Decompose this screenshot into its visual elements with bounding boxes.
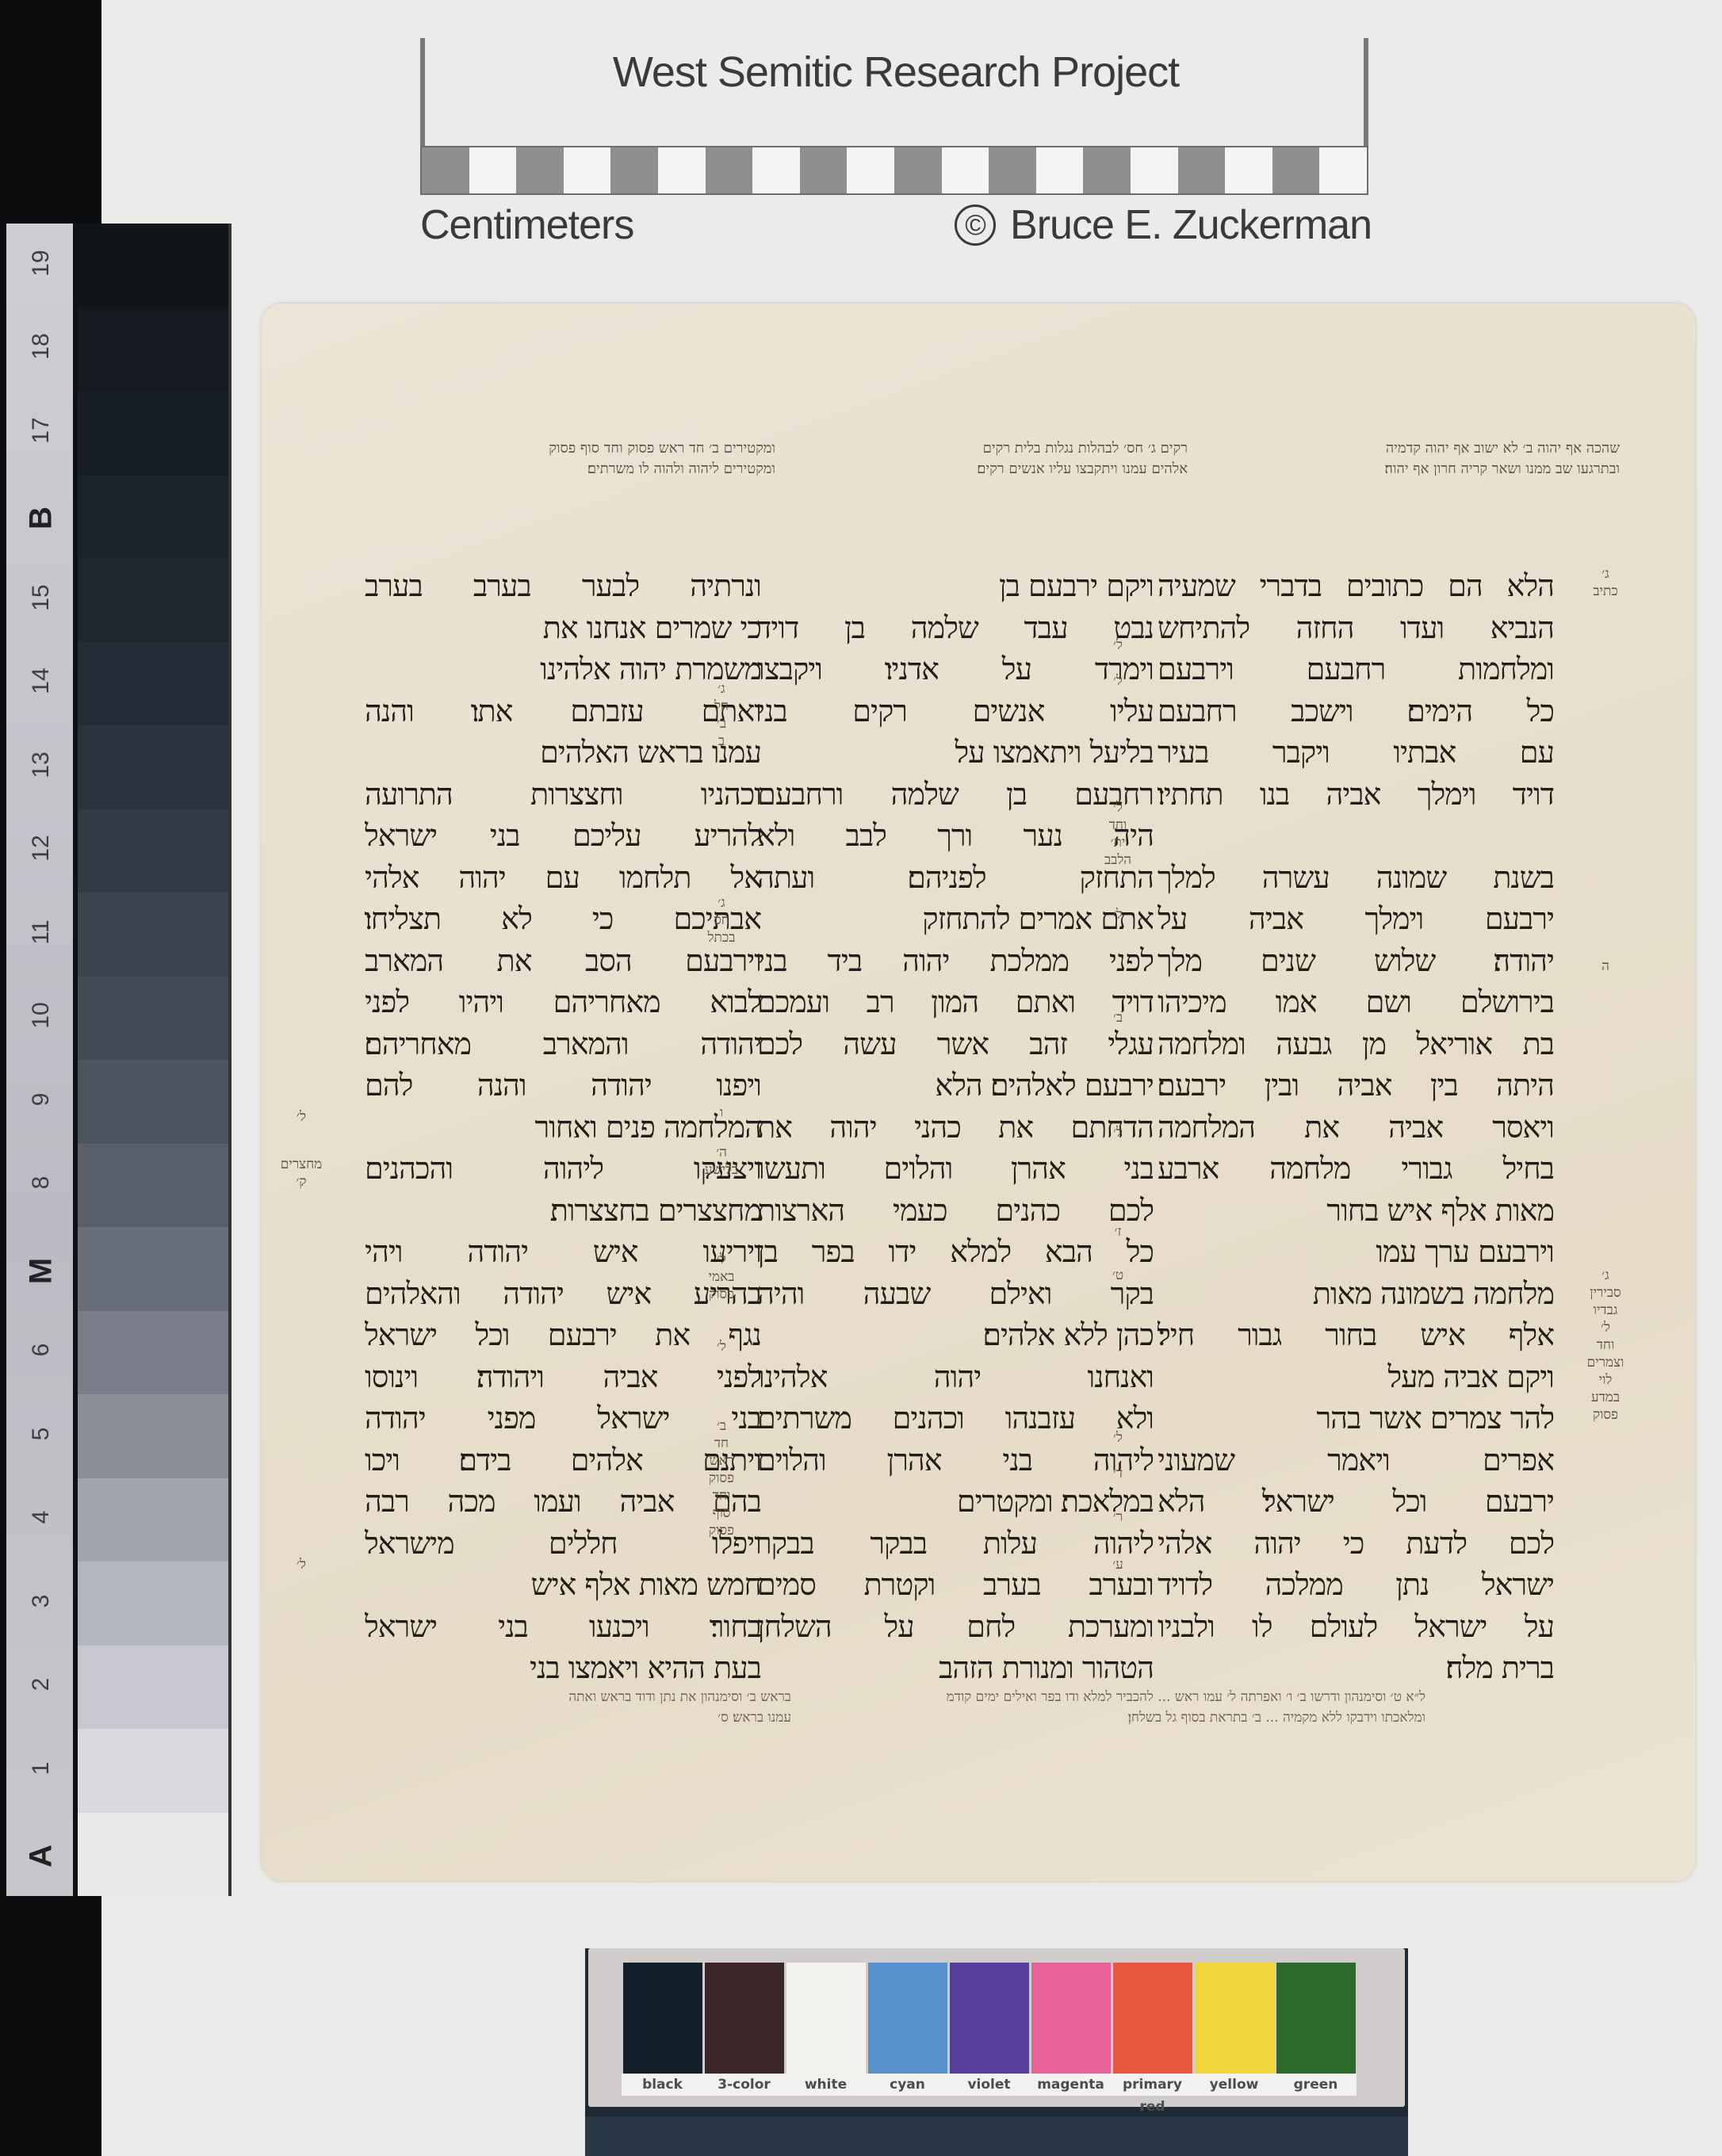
masorah-margin-note: ל׳	[277, 1108, 325, 1126]
swatch-label: yellow	[1193, 2074, 1275, 2096]
masorah-margin-note: ג׳כתיב	[1582, 565, 1629, 600]
masorah-margin-note: ל׳וחדית׳הלבב	[1094, 799, 1142, 869]
masorah-line: שהכה אף יהוה ב׳ לא ישוב אף יהוה קדמיה	[1385, 438, 1621, 459]
scale-square	[989, 147, 1036, 193]
scale-square	[1036, 147, 1084, 193]
color-calibration-chart: black3-colorwhitecyanvioletmagentaprimar…	[585, 1948, 1408, 2156]
scale-bar: West Semitic Research Project Centimeter…	[420, 38, 1372, 252]
masorah-margin-note: ר׳	[1094, 1508, 1142, 1526]
scale-square	[469, 147, 517, 193]
copyright-holder: Bruce E. Zuckerman	[1010, 201, 1372, 249]
ruler-tick-label: 5	[28, 1399, 55, 1469]
masorah-margin-note: מחצריםק׳	[277, 1156, 325, 1191]
text-line: ברית מלח׃	[1158, 1647, 1554, 1689]
masorah-top-middle: רקים ג׳ חס׳ לבהלות נגלות בלית רקים אלהים…	[977, 438, 1188, 480]
scale-square	[752, 147, 800, 193]
centimeter-squares	[420, 146, 1368, 195]
masorah-margin-note: ל׳	[1094, 1429, 1142, 1447]
color-swatch: primary red	[1112, 1963, 1193, 2096]
color-chart-panel: black3-colorwhitecyanvioletmagentaprimar…	[588, 1948, 1405, 2107]
ruler-tick-label: 9	[28, 1065, 55, 1134]
ruler-tick-label: 17	[28, 396, 55, 465]
text-line: הנביא ועדו החזה להתיחש	[1158, 607, 1554, 649]
text-line: ויקם אביה מעל	[1158, 1356, 1554, 1398]
text-line: לבוא מאחריהם ויהיו לפני	[365, 981, 761, 1023]
text-line: ויפנו יהודה והנה להם	[365, 1065, 761, 1107]
ruler-tick-label: 18	[28, 312, 55, 381]
masorah-line: ובתרגעו שב ממנו ושאר קריה חרון אף יהוה׃	[1385, 459, 1621, 480]
masorah-margin-note: ע׳	[1094, 1556, 1142, 1573]
ruler-tick-label: 19	[28, 228, 55, 298]
gray-step	[78, 1646, 228, 1730]
ruler-tick-label: 10	[28, 981, 55, 1050]
ruler-tick-label: 4	[28, 1482, 55, 1552]
text-line: עליו אנשים רקים בני	[757, 690, 1154, 732]
swatch-label: white	[785, 2074, 867, 2096]
masorah-margin-note: ל׳	[1094, 1124, 1142, 1141]
masorah-margin-note: ט׳	[1094, 1267, 1142, 1284]
text-line: אלף איש בחור גבור חיל׃	[1158, 1314, 1554, 1356]
ruler-tick-label: B	[24, 484, 59, 553]
gray-step	[78, 642, 228, 726]
text-line: בליעל ויתאמצו על	[757, 732, 1154, 774]
gray-step	[78, 1227, 228, 1311]
ruler-tick-label: A	[24, 1822, 59, 1891]
masorah-line: ומקטירים ליהוה ולהוה לו משרתים׃	[549, 459, 775, 480]
text-line: ירבעם וכל ישראל׃ הלא	[1158, 1481, 1554, 1523]
swatch-color	[1113, 1963, 1192, 2074]
masorah-margin-note: ה	[1582, 958, 1629, 975]
gray-step	[78, 475, 228, 559]
text-line: ויקם ירבעם בן	[757, 565, 1154, 607]
swatch-label: cyan	[867, 2074, 948, 2096]
gray-step	[78, 1060, 228, 1144]
color-swatch: white	[785, 1963, 867, 2096]
text-line: ונרתיה לבער בערב בערב	[365, 565, 761, 607]
masorah-line: ל״א ט׳ וסימנהון ודרשו ב׳ ו׳ ואפרתה ל׳ עמ…	[947, 1687, 1425, 1707]
masorah-margin-note: ל׳	[698, 1338, 745, 1355]
color-swatches: black3-colorwhitecyanvioletmagentaprimar…	[622, 1963, 1357, 2096]
scale-square	[1319, 147, 1367, 193]
scale-square	[706, 147, 753, 193]
gray-step	[78, 558, 228, 642]
text-line: יהודה והמארב מאחריהם׃	[365, 1023, 761, 1065]
masorah-line: רקים ג׳ חס׳ לבהלות נגלות בלית רקים	[977, 438, 1188, 459]
masorah-margin-note: ל׳	[1094, 672, 1142, 690]
text-line: אפרים ויאמר שמעוני	[1158, 1439, 1554, 1481]
masorah-margin-note: ג׳סביריןגבדיול׳וחדוצמריםלויבמדעפסוק	[1582, 1267, 1629, 1424]
gray-step	[78, 1729, 228, 1813]
swatch-color	[1276, 1963, 1356, 2074]
text-line: חמש מאות אלף איש	[365, 1564, 761, 1606]
gray-step	[78, 977, 228, 1061]
project-title: West Semitic Research Project	[420, 48, 1372, 97]
masorah-line: עמנו בראש׃ ס׳	[568, 1707, 791, 1728]
masorah-bottom-left: בראש ב׳ וסימנהון את נתן ודוד בראש ואתה ע…	[568, 1687, 791, 1728]
masorah-top-left: ומקטירים ב׳ חד ראש פסוק וחד סוף פסוק ומק…	[549, 438, 775, 480]
masorah-margin-note: ל׳באמיפסוק	[698, 1251, 745, 1303]
swatch-label: primary red	[1112, 2074, 1193, 2096]
units-label: Centimeters	[420, 201, 633, 249]
scale-square	[1272, 147, 1320, 193]
swatch-label: black	[622, 2074, 703, 2096]
scale-square	[422, 147, 469, 193]
ruler-tick-label: M	[24, 1236, 59, 1305]
text-line: וכהניו וחצצרות התרועה	[365, 774, 761, 816]
masorah-margin-note: ב׳	[1094, 1009, 1142, 1026]
text-line: ואנחנו יהוה אלהינו	[757, 1356, 1154, 1398]
text-line: להריע עליכם בני ישראל	[365, 815, 761, 857]
color-swatch: cyan	[867, 1963, 948, 2096]
swatch-color	[786, 1963, 866, 2074]
gray-step	[78, 1813, 228, 1897]
color-swatch: violet	[948, 1963, 1030, 2096]
ruler-tick-label: 3	[28, 1566, 55, 1636]
gray-step	[78, 308, 228, 392]
text-line: מלחמה בשמונה מאות	[1158, 1273, 1554, 1315]
scale-square	[1178, 147, 1226, 193]
text-line: ויאסר אביה את המלחמה	[1158, 1107, 1554, 1149]
swatch-color	[950, 1963, 1029, 2074]
scale-square	[658, 147, 706, 193]
color-chart-base	[585, 2116, 1408, 2156]
text-line: ירבעם לאלהים׃ הלא	[757, 1065, 1154, 1107]
swatch-color	[623, 1963, 702, 2074]
scale-square	[1131, 147, 1178, 193]
swatch-label: violet	[948, 2074, 1030, 2096]
masorah-line: ומקטירים ב׳ חד ראש פסוק וחד סוף פסוק	[549, 438, 775, 459]
gray-scale-strip	[73, 224, 232, 1896]
text-line: בחיל גבורי מלחמה ארבע	[1158, 1148, 1554, 1190]
ruler-tick-label: 13	[28, 730, 55, 800]
text-line: כל הימים׃ וישכב רחבעם	[1158, 690, 1554, 732]
gray-step	[78, 391, 228, 475]
gray-step	[78, 725, 228, 809]
gray-step	[78, 1478, 228, 1562]
masorah-margin-note: ל׳	[1094, 636, 1142, 654]
text-line: ירבעם וימלך אביה על	[1158, 898, 1554, 940]
masorah-margin-note: ד׳	[1094, 1465, 1142, 1482]
text-line: לפני ממלכת יהוה ביד בני	[757, 940, 1154, 982]
ruler-tick-label: 15	[28, 563, 55, 633]
text-line: בירושלם ושם אמו מיכיהו	[1158, 981, 1554, 1023]
text-line: אל תלחמו עם יהוה אלהי	[365, 857, 761, 899]
text-line: עגלי זהב אשר עשה לכם	[757, 1023, 1154, 1065]
text-line: כי שמרים אנחנו את	[365, 607, 761, 649]
ruler-tick-label: 12	[28, 813, 55, 883]
ruler-tick-label: 14	[28, 646, 55, 716]
text-line: להר צמרים אשר בהר	[1158, 1397, 1554, 1439]
color-swatch: 3-color	[703, 1963, 785, 2096]
scale-square	[1083, 147, 1131, 193]
masorah-margin-note: ל׳	[1094, 906, 1142, 923]
swatch-label: green	[1275, 2074, 1357, 2096]
scale-square	[610, 147, 658, 193]
text-line: דויד וימלך אביה בנו תחתיו׃	[1158, 774, 1554, 816]
text-line: ומלחמות רחבעם וירבעם	[1158, 648, 1554, 690]
gray-step	[78, 1394, 228, 1478]
masorah-margin-note: ה׳בלישע	[698, 1144, 745, 1179]
masorah-bottom-middle: ל״א ט׳ וסימנהון ודרשו ב׳ ו׳ ואפרתה ל׳ עמ…	[947, 1687, 1425, 1728]
color-swatch: green	[1275, 1963, 1357, 2096]
text-line: לפני אביה ויהודה׃ וינוסו	[365, 1356, 761, 1398]
text-column-right: הלא הם כתובים בדברי שמעיההנביא ועדו החזה…	[1158, 565, 1554, 1689]
scale-square	[564, 147, 611, 193]
scale-square	[847, 147, 894, 193]
text-line	[1158, 815, 1554, 857]
text-line: ומערכת לחם על השלחן	[757, 1606, 1154, 1648]
text-line: לכם לדעת כי יהוה אלהי	[1158, 1523, 1554, 1565]
text-line: כהן ללא אלהים׃	[757, 1314, 1154, 1356]
vertical-ruler: 191817B15141312111098M654321A	[6, 224, 76, 1896]
masorah-margin-note: ב׳חדראשפסוקוחדסוףפסוק	[698, 1417, 745, 1539]
masorah-margin-note: ז׳	[1094, 1223, 1142, 1240]
copyright-icon: ©	[955, 205, 996, 246]
ruler-tick-label: 1	[28, 1734, 55, 1803]
manuscript-leaf: שהכה אף יהוה ב׳ לא ישוב אף יהוה קדמיה וב…	[262, 304, 1695, 1881]
gray-step	[78, 809, 228, 893]
ruler-tick-label: 8	[28, 1148, 55, 1218]
gray-step	[78, 893, 228, 977]
text-line: בני אהרן והלוים ותעשו	[757, 1148, 1154, 1190]
text-line: בשנת שמונה עשרה למלך	[1158, 857, 1554, 899]
copyright-notice: © Bruce E. Zuckerman	[955, 201, 1372, 249]
swatch-label: magenta	[1030, 2074, 1112, 2096]
masorah-margin-note: ג׳חלב׳ב	[698, 680, 745, 750]
masorah-margin-note: ל׳	[277, 1556, 325, 1573]
text-line: מחצצרים בחצצרות׃	[365, 1190, 761, 1232]
scale-square	[1225, 147, 1272, 193]
scale-square	[894, 147, 942, 193]
text-line: בחור׃ ויכנעו בני ישראל	[365, 1606, 761, 1648]
ruler-tick-label: 2	[28, 1649, 55, 1719]
text-line: ישראל נתן ממלכה לדויד	[1158, 1564, 1554, 1606]
color-swatch: yellow	[1193, 1963, 1275, 2096]
gray-step	[78, 1562, 228, 1646]
ruler-tick-label: 11	[28, 897, 55, 967]
text-line: וירבעם ערך עמו	[1158, 1231, 1554, 1273]
swatch-color	[868, 1963, 947, 2074]
swatch-color	[1031, 1963, 1111, 2074]
scale-square	[516, 147, 564, 193]
text-line: יהודה׃ שלוש שנים מלך	[1158, 940, 1554, 982]
masorah-line: אלהים עמנו ויתקבצו עליו אנשים רקים׃	[977, 459, 1188, 480]
text-line: מאות אלף איש בחור	[1158, 1190, 1554, 1232]
gray-step	[78, 224, 228, 308]
masorah-top-right: שהכה אף יהוה ב׳ לא ישוב אף יהוה קדמיה וב…	[1385, 438, 1621, 480]
text-line: עם אבתיו ויקבר בעיר	[1158, 732, 1554, 774]
text-line: בעת ההיא ויאמצו בני	[365, 1647, 761, 1689]
text-line: היתה בין אביה ובין ירבעם׃	[1158, 1065, 1554, 1107]
color-swatch: magenta	[1030, 1963, 1112, 2096]
scale-square	[800, 147, 848, 193]
swatch-color	[1195, 1963, 1274, 2074]
color-swatch: black	[622, 1963, 703, 2096]
masorah-margin-note: ו	[698, 1104, 745, 1122]
text-line: על ישראל לעולם לו ולבניו	[1158, 1606, 1554, 1648]
text-line: בת אוריאל מן גבעה ומלחמה	[1158, 1023, 1554, 1065]
text-line: הטהור ומנורת הזהב	[757, 1647, 1154, 1689]
masorah-line: בראש ב׳ וסימנהון את נתן ודוד בראש ואתה	[568, 1687, 791, 1707]
ruler-tick-label: 6	[28, 1315, 55, 1385]
scale-square	[942, 147, 989, 193]
gray-step	[78, 1311, 228, 1395]
text-line: הלא הם כתובים בדברי שמעיה	[1158, 565, 1554, 607]
swatch-label: 3-color	[703, 2074, 785, 2096]
swatch-color	[705, 1963, 784, 2074]
gray-step	[78, 1144, 228, 1228]
masorah-line: ומלאכתו וידבקו ללא מקמיה ... ב׳ בתראת בס…	[947, 1707, 1425, 1728]
masorah-margin-note: ג׳חסבכתל	[698, 894, 745, 946]
